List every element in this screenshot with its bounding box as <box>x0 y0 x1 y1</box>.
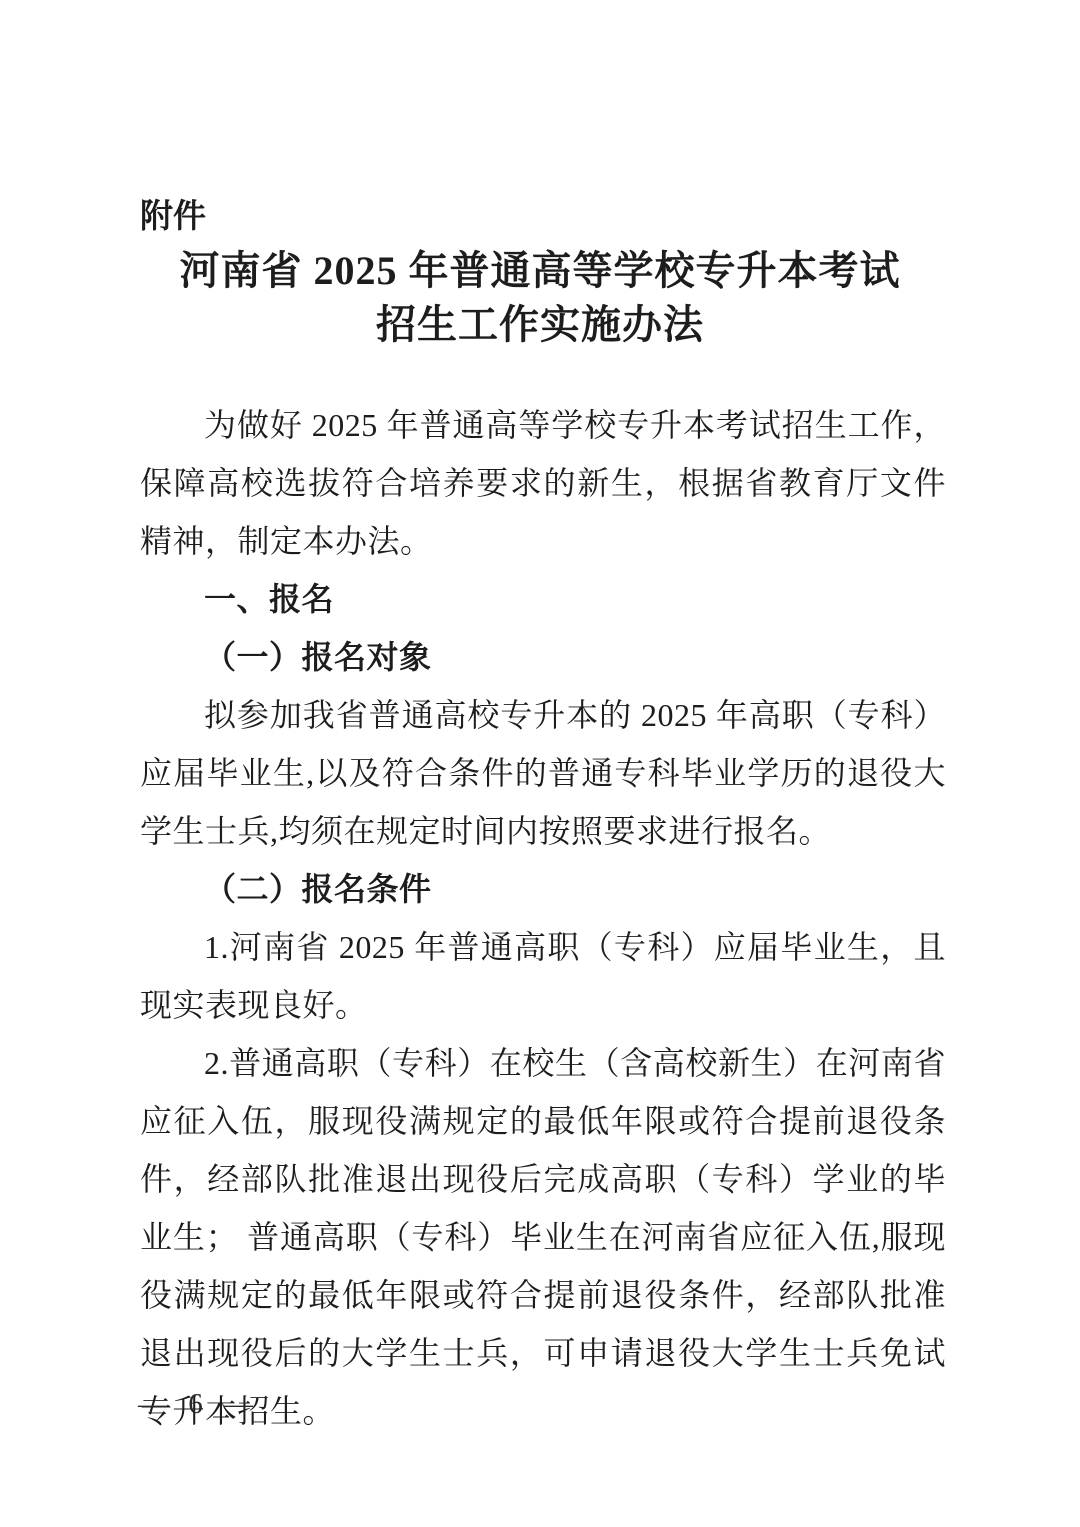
paragraph-intro: 为做好 2025 年普通高等学校专升本考试招生工作，保障高校选拔符合培养要求的新… <box>140 396 946 570</box>
document-body: 为做好 2025 年普通高等学校专升本考试招生工作，保障高校选拔符合培养要求的新… <box>140 396 946 1440</box>
document-title: 河南省 2025 年普通高等学校专升本考试 招生工作实施办法 <box>0 244 1080 352</box>
subsection-heading-registration-target: （一）报名对象 <box>140 628 946 686</box>
paragraph-condition-2: 2.普通高职（专科）在校生（含高校新生）在河南省应征入伍，服现役满规定的最低年限… <box>140 1034 946 1440</box>
section-heading-registration: 一、报名 <box>140 570 946 628</box>
subsection-heading-registration-conditions: （二）报名条件 <box>140 860 946 918</box>
page-number-text: — 6 — <box>138 1388 253 1420</box>
paragraph-condition-1: 1.河南省 2025 年普通高职（专科）应届毕业生，且现实表现良好。 <box>140 918 946 1034</box>
page-number: — 6 — <box>138 1386 253 1422</box>
attachment-label: 附件 <box>140 196 206 236</box>
paragraph-registration-target: 拟参加我省普通高校专升本的 2025 年高职（专科）应届毕业生,以及符合条件的普… <box>140 686 946 860</box>
document-page: 附件 河南省 2025 年普通高等学校专升本考试 招生工作实施办法 为做好 20… <box>0 0 1080 1527</box>
document-title-line-2: 招生工作实施办法 <box>0 298 1080 352</box>
document-title-line-1: 河南省 2025 年普通高等学校专升本考试 <box>0 244 1080 298</box>
